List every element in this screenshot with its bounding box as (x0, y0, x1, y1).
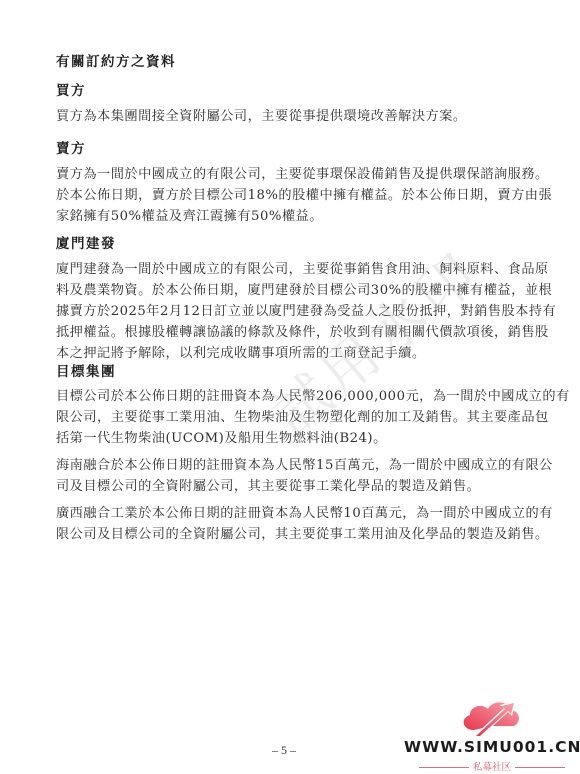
paragraph-buyer: 買方為本集團間接全資附屬公司，主要從事提供環境改善解決方案。 (56, 106, 522, 127)
text-line: 目標公司於本公佈日期的註冊資本為人民幣206,000,000元，為一間於中國成立… (56, 386, 522, 407)
text-line: 廣西融合工業於本公佈日期的註冊資本為人民幣10百萬元，為一間於中國成立的有 (56, 503, 522, 524)
paragraph-guangxi: 廣西融合工業於本公佈日期的註冊資本為人民幣10百萬元，為一間於中國成立的有 限公… (56, 503, 522, 545)
text-line: 本之押記將予解除，以利完成收購事項所需的工商登記手續。 (56, 343, 522, 364)
text-line: 於本公佈日期，賣方於目標公司18%的股權中擁有權益。於本公佈日期，賣方由張 (56, 185, 522, 206)
cloud-arrow-icon (404, 694, 580, 740)
text-line: 料及農業物資。於本公佈日期，廈門建發於目標公司30%的股權中擁有權益，並根 (56, 280, 522, 301)
page-number: – 5 – (272, 743, 296, 758)
text-line: 司及目標公司的全資附屬公司，其主要從事工業化學品的製造及銷售。 (56, 476, 522, 497)
paragraph-target-company: 目標公司於本公佈日期的註冊資本為人民幣206,000,000元，為一間於中國成立… (56, 386, 522, 449)
text-line: 賣方為一間於中國成立的有限公司，主要從事環保設備銷售及提供環保諮詢服務。 (56, 164, 522, 185)
text-line: 廈門建發為一間於中國成立的有限公司，主要從事銷售食用油、飼料原料、食品原 (56, 259, 522, 280)
text-line: 海南融合於本公佈日期的註冊資本為人民幣15百萬元，為一間於中國成立的有限公 (56, 455, 522, 476)
simu-logo: WWW.SIMU001.CN 私募社区 (404, 694, 580, 774)
text-line: 抵押權益。根據股權轉讓協議的條款及條件，於收到有關相關代價款項後，銷售股 (56, 322, 522, 343)
text-line: 括第一代生物柴油(UCOM)及船用生物燃料油(B24)。 (56, 428, 522, 449)
text-line: 限公司，主要從事工業用油、生物柴油及生物塑化劑的加工及銷售。其主要產品包 (56, 407, 522, 428)
text-line: 買方為本集團間接全資附屬公司，主要從事提供環境改善解決方案。 (56, 106, 522, 127)
section-heading-buyer: 買方 (56, 79, 86, 99)
logo-subtitle: 私募社区 (404, 759, 580, 773)
paragraph-xiamen-cd: 廈門建發為一間於中國成立的有限公司，主要從事銷售食用油、飼料原料、食品原 料及農… (56, 259, 522, 364)
section-heading-target-group: 目標集團 (56, 360, 116, 380)
document-title: 有關訂約方之資料 (56, 50, 176, 70)
logo-url-text: WWW.SIMU001.CN (404, 738, 580, 756)
section-heading-xiamen-cd: 廈門建發 (56, 232, 116, 252)
text-line: 限公司及目標公司的全資附屬公司，其主要從事工業用油及化學品的製造及銷售。 (56, 524, 522, 545)
text-line: 家銘擁有50%權益及齊江霞擁有50%權益。 (56, 206, 522, 227)
text-line: 據賣方於2025年2月12日訂立並以廈門建發為受益人之股份抵押，對銷售股本持有 (56, 301, 522, 322)
paragraph-hainan: 海南融合於本公佈日期的註冊資本為人民幣15百萬元，為一間於中國成立的有限公 司及… (56, 455, 522, 497)
section-heading-seller: 賣方 (56, 137, 86, 157)
paragraph-seller: 賣方為一間於中國成立的有限公司，主要從事環保設備銷售及提供環保諮詢服務。 於本公… (56, 164, 522, 227)
